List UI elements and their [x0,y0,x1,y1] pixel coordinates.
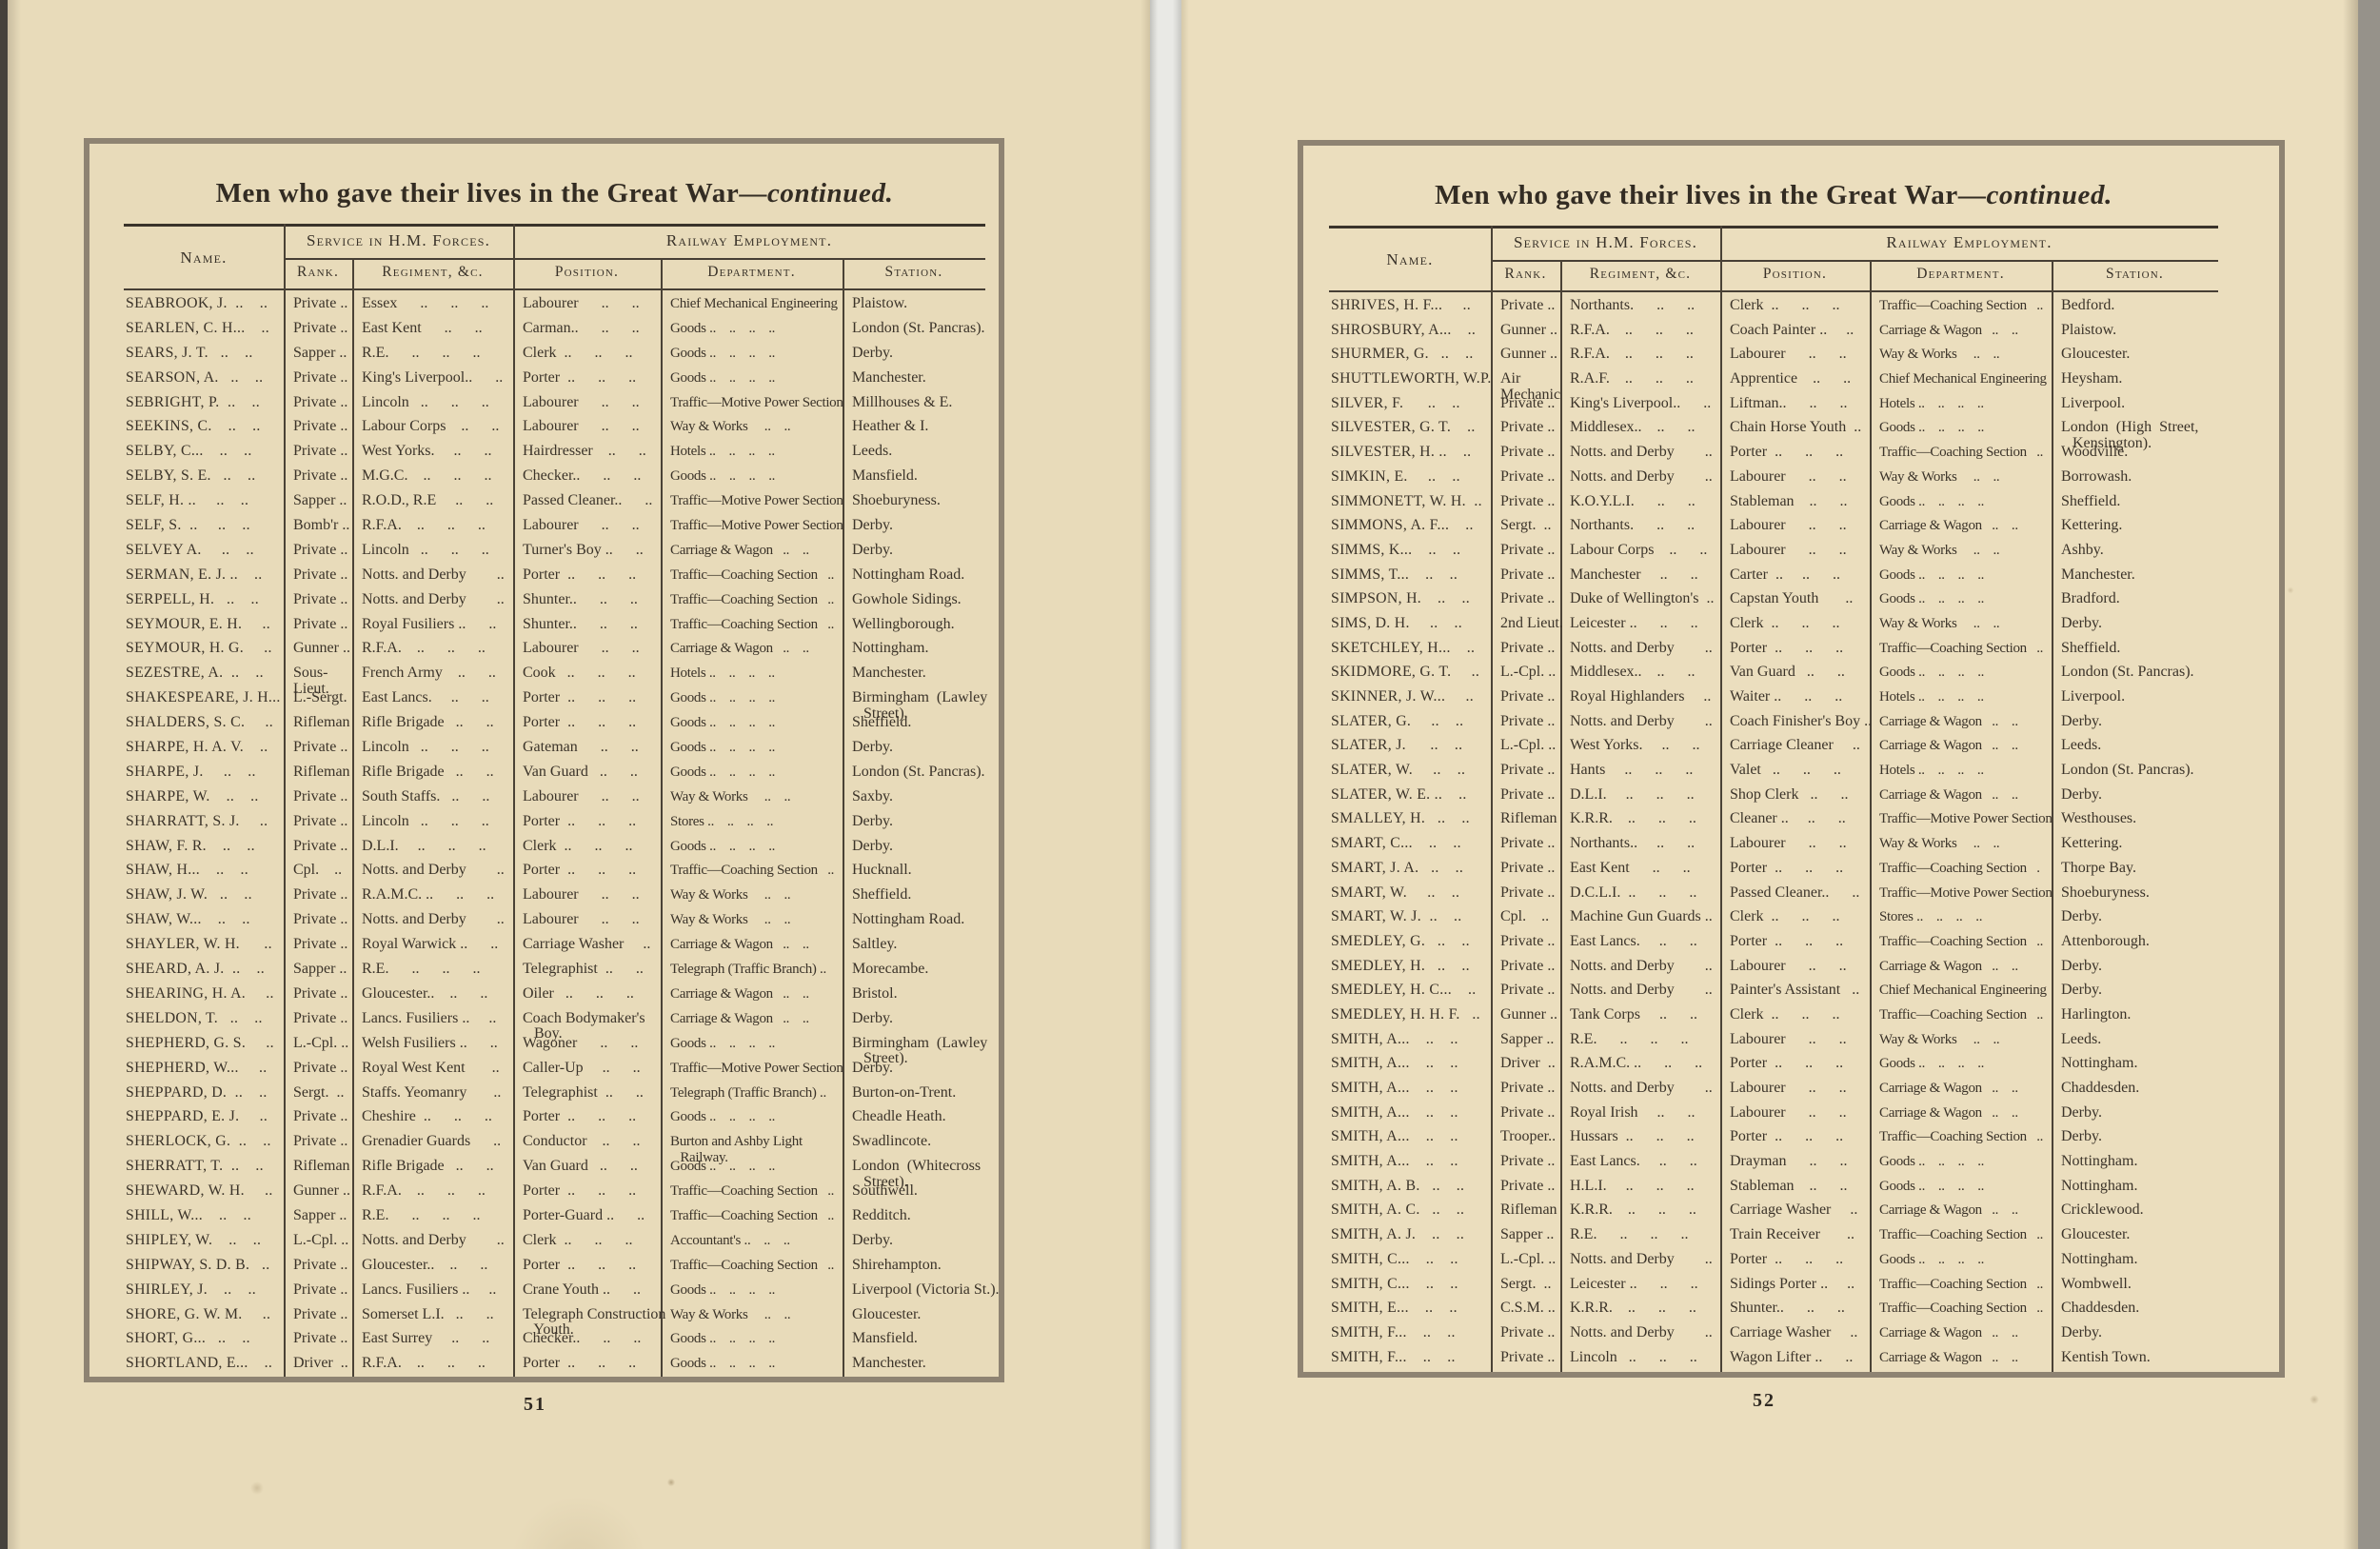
cell-name: SHUTTLEWORTH, W.P. [1331,371,1492,387]
cell-rank: Private .. [1500,689,1555,705]
cell-rank: Trooper.. [1500,1129,1556,1145]
cell-position: Drayman .. .. [1730,1154,1848,1170]
table-row: SEARS, J. T. .. ..Sapper ..R.E. .. .. ..… [124,342,985,367]
cell-department: Carriage & Wagon .. .. [1879,1350,2018,1366]
cell-position: Porter .. .. .. [1730,445,1843,461]
cell-position: Sidings Porter .. .. [1730,1277,1854,1293]
cell-position: Chain Horse Youth .. [1730,420,1861,436]
cell-position: Caller-Up .. .. [523,1061,641,1077]
cell-rank: Private .. [1500,494,1555,510]
cell-rank: Private .. [293,1061,347,1077]
cell-department: Carriage & Wagon .. .. [670,641,809,657]
cell-rank: Private .. [1500,298,1555,314]
cell-rank: Private .. [293,567,347,584]
table-row: SHAW, F. R. .. ..Private ..D.L.I. .. .. … [124,835,985,860]
cell-name: SHARPE, W. .. .. [126,789,259,805]
table-row: SELBY, S. E. .. ..Private ..M.G.C. .. ..… [124,465,985,489]
cell-position: Wagoner .. .. [523,1036,638,1052]
cell-regiment: Duke of Wellington's .. [1570,591,1715,607]
cell-department: Way & Works .. .. [670,887,790,904]
column-header-name: Name. [124,248,284,268]
cell-position: Telegraphist .. .. [523,1085,644,1102]
cell-position: Porter .. .. .. [523,1109,636,1125]
column-header-position: Position. [1720,266,1870,283]
cell-department: Carriage & Wagon .. .. [1879,1202,2018,1219]
cell-station: Saxby. [852,789,893,805]
cell-station: Woodville. [2061,445,2128,461]
page-title: Men who gave their lives in the Great Wa… [124,178,985,209]
cell-rank: Private .. [293,1307,347,1323]
cell-name: SMEDLEY, H. C... .. [1331,983,1476,999]
cell-department: Way & Works .. .. [670,419,790,435]
cell-name: SMEDLEY, H. H. F. .. [1331,1007,1480,1023]
table-row: SMEDLEY, G. .. ..Private ..East Lancs. .… [1329,930,2218,955]
cell-position: Labourer .. .. [523,395,640,411]
table-body: SHRIVES, H. F... ..Private ..Northants. … [1329,294,2218,1370]
cell-station: Mansfield. [852,468,918,485]
cell-station: Derby. [852,1061,893,1077]
cell-name: SHARPE, H. A. V. .. [126,740,268,756]
cell-department: Goods .. .. .. .. [670,1036,775,1052]
page-title-main: Men who gave their lives in the Great Wa… [216,178,767,209]
cell-name: SHEARING, H. A. .. [126,986,274,1003]
cell-position: Carriage Washer .. [1730,1202,1857,1219]
cell-position: Telegraphist .. .. [523,962,644,978]
cell-rank: Private .. [293,937,347,953]
cell-rank: Private .. [1500,543,1555,559]
cell-department: Carriage & Wagon .. .. [670,543,809,559]
cell-regiment: Lancs. Fusiliers .. .. [362,1282,496,1299]
cell-department: Goods .. .. .. .. [670,1356,775,1372]
table-rule [124,288,985,290]
cell-regiment: Cheshire .. .. .. [362,1109,492,1125]
column-group-service: Service in H.M. Forces. [284,231,513,250]
cell-station: Cricklewood. [2061,1202,2144,1219]
page-title-continued: continued. [1986,180,2112,210]
cell-position: Labourer .. .. [523,296,640,312]
cell-regiment: Leicester .. .. .. [1570,616,1698,632]
table-row: SHIRLEY, J. .. ..Private ..Lancs. Fusili… [124,1279,985,1303]
column-header-department: Department. [661,264,843,281]
cell-name: SMITH, A... .. .. [1331,1154,1458,1170]
cell-position: Carriage Washer .. [523,937,650,953]
cell-name: SEYMOUR, E. H. .. [126,617,270,633]
cell-station: Sheffield. [852,715,911,731]
cell-name: SELBY, S. E. .. .. [126,468,256,485]
cell-regiment: Notts. and Derby .. [1570,641,1713,657]
cell-station: Swadlincote. [852,1134,931,1150]
cell-name: SMITH, A. B. .. .. [1331,1179,1464,1195]
table-row: SEYMOUR, H. G. ..Gunner ..R.F.A. .. .. .… [124,637,985,662]
table-row: SKIDMORE, G. T. ..L.-Cpl. ..Middlesex.. … [1329,661,2218,685]
cell-name: SEEKINS, C. .. .. [126,419,261,435]
cell-rank: Private .. [293,1011,347,1027]
cell-rank: Private .. [293,1109,347,1125]
cell-station: Derby. [852,1233,893,1249]
table-row: SERMAN, E. J. .. ..Private ..Notts. and … [124,564,985,588]
cell-rank: Cpl. .. [293,863,342,879]
table-row: SMEDLEY, H. .. ..Private ..Notts. and De… [1329,955,2218,980]
cell-regiment: Gloucester.. .. .. [362,986,487,1003]
cell-regiment: H.L.I. .. .. .. [1570,1179,1695,1195]
cell-regiment: Manchester .. .. [1570,567,1698,584]
cell-regiment: West Yorks. .. .. [362,444,492,460]
cell-regiment: Notts. and Derby .. [362,863,505,879]
cell-department: Traffic—Coaching Section .. [670,863,834,879]
cell-station: Derby. [2061,959,2102,975]
cell-department: Traffic—Coaching Section .. [670,1183,834,1200]
cell-station: Millhouses & E. [852,395,952,411]
cell-position: Shunter.. .. .. [523,592,638,608]
table-row: SMITH, A. B. .. ..Private ..H.L.I. .. ..… [1329,1175,2218,1200]
cell-regiment: Notts. and Derby .. [1570,714,1713,730]
cell-rank: Rifleman [293,1159,350,1175]
cell-position: Porter .. .. .. [523,370,636,387]
table-row: SIMMONS, A. F... ..Sergt. ..Northants. .… [1329,514,2218,539]
cell-position: Conductor .. .. [523,1134,641,1150]
table-rule [284,258,985,260]
cell-rank: Sapper .. [293,493,347,509]
cell-regiment: Labour Corps .. .. [362,419,499,435]
cell-rank: Private .. [293,1258,347,1274]
cell-name: SLATER, W. E. .. .. [1331,787,1467,804]
cell-station: Manchester. [852,370,926,387]
cell-station: Nottingham. [852,641,928,657]
cell-rank: Private .. [1500,861,1555,877]
cell-name: SMITH, E... .. .. [1331,1301,1458,1317]
cell-name: SHIRLEY, J. .. .. [126,1282,256,1299]
cell-rank: L.-Cpl. .. [1500,665,1556,681]
table-row: SHALDERS, S. C. ..RiflemanRifle Brigade … [124,711,985,736]
cell-department: Goods .. .. .. .. [1879,1179,1984,1195]
cell-regiment: R.F.A. .. .. .. [362,1183,486,1200]
table-row: SHORT, G... .. ..Private ..East Surrey .… [124,1327,985,1352]
cell-department: Goods .. .. .. .. [670,321,775,337]
cell-department: Telegraph (Traffic Branch) .. [670,1085,826,1102]
cell-position: Labourer .. .. [1730,1081,1847,1097]
cell-rank: C.S.M. .. [1500,1301,1556,1317]
cell-position: Porter .. .. .. [1730,1252,1843,1268]
cell-position: Labourer .. .. [1730,836,1847,852]
cell-station: Derby. [2061,714,2102,730]
cell-rank: Gunner .. [293,641,350,657]
column-group-railway: Railway Employment. [513,231,985,250]
table-row: SHELDON, T. .. ..Private ..Lancs. Fusili… [124,1007,985,1032]
cell-department: Traffic—Coaching Section .. [1879,1129,2043,1145]
cell-position: Labourer .. .. [1730,1105,1847,1122]
cell-regiment: Royal West Kent .. [362,1061,500,1077]
cell-regiment: French Army .. .. [362,665,496,682]
cell-name: SIMMONS, A. F... .. [1331,518,1474,534]
cell-station: Heather & I. [852,419,928,435]
cell-position: Labourer .. .. [523,887,640,904]
column-header-rank: Rank. [284,264,352,281]
cell-department: Traffic—Coaching Section .. [1879,641,2043,657]
cell-station: Bradford. [2061,591,2120,607]
cell-regiment: Machine Gun Guards .. [1570,909,1713,925]
cell-department: Hotels .. .. .. .. [670,665,775,682]
table-row: SHEPPARD, D. .. ..Sergt. ..Staffs. Yeoma… [124,1082,985,1106]
cell-rank: Private .. [1500,445,1555,461]
cell-name: SHAW, W... .. .. [126,912,250,928]
cell-station: Derby. [852,814,893,830]
cell-name: SHRIVES, H. F... .. [1331,298,1471,314]
cell-station: Derby. [852,346,893,362]
cell-position: Crane Youth .. .. [523,1282,641,1299]
table-row: SEBRIGHT, P. .. ..Private ..Lincoln .. .… [124,391,985,416]
cell-department: Goods .. .. .. .. [670,740,775,756]
table-row: SELVEY A. .. ..Private ..Lincoln .. .. .… [124,539,985,564]
table-row: SHERRATT, T. .. ..RiflemanRifle Brigade … [124,1155,985,1180]
cell-station: Kettering. [2061,836,2122,852]
cell-position: Carter .. .. .. [1730,567,1840,584]
table-row: SHEPHERD, G. S. ..L.-Cpl. ..Welsh Fusili… [124,1032,985,1057]
cell-regiment: Lincoln .. .. .. [1570,1350,1697,1366]
cell-rank: Private .. [293,912,347,928]
cell-department: Telegraph (Traffic Branch) .. [670,962,826,978]
cell-station: Redditch. [852,1208,911,1224]
cell-rank: Private .. [1500,396,1555,412]
cell-name: SKETCHLEY, H... .. [1331,641,1475,657]
cell-name: SHROSBURY, A... .. [1331,323,1476,339]
cell-regiment: R.F.A. .. .. .. [362,518,486,534]
cell-station: Manchester. [852,665,926,682]
cell-station: Liverpool (Victoria St.). [852,1282,1000,1299]
cell-position: Shunter.. .. .. [1730,1301,1845,1317]
table-row: SHIPWAY, S. D. B. ..Private ..Gloucester… [124,1254,985,1279]
cell-name: SMITH, A... .. .. [1331,1081,1458,1097]
cell-rank: Private .. [1500,787,1555,804]
cell-rank: Private .. [1500,1105,1555,1122]
cell-regiment: Grenadier Guards .. [362,1134,501,1150]
cell-regiment: Middlesex.. .. .. [1570,420,1696,436]
cell-rank: Sergt. .. [1500,518,1551,534]
cell-position: Porter .. .. .. [523,863,636,879]
table-row: SHARPE, H. A. V. ..Private ..Lincoln .. … [124,736,985,761]
cell-station: Saltley. [852,937,897,953]
table-row: SHAW, J. W. .. ..Private ..R.A.M.C. .. .… [124,884,985,908]
cell-name: SMITH, A... .. .. [1331,1056,1458,1072]
frame-border: Men who gave their lives in the Great Wa… [1298,140,2285,1378]
cell-station: Shirehampton. [852,1258,942,1274]
table-row: SIMMS, T... .. ..Private ..Manchester ..… [1329,564,2218,588]
cell-department: Goods .. .. .. .. [670,1331,775,1347]
cell-regiment: Hants .. .. .. [1570,763,1693,779]
cell-department: Way & Works .. .. [1879,543,1999,559]
table-row: SMART, J. A. .. ..Private ..East Kent ..… [1329,857,2218,882]
table-row: SERPELL, H. .. ..Private ..Notts. and De… [124,588,985,613]
cell-department: Traffic—Coaching Section .. [670,567,834,584]
cell-position: Turner's Boy .. .. [523,543,644,559]
cell-name: SMITH, A... .. .. [1331,1105,1458,1122]
cell-position: Valet .. .. .. [1730,763,1841,779]
cell-regiment: East Lancs. .. .. [1570,1154,1697,1170]
cell-regiment: Royal Warwick .. .. [362,937,498,953]
cell-department: Traffic—Coaching Section .. [1879,1227,2043,1243]
cell-station: Leeds. [852,444,892,460]
cell-position: Porter .. .. .. [1730,934,1843,950]
cell-department: Carriage & Wagon .. .. [1879,1325,2018,1341]
cell-department: Goods .. .. .. .. [670,690,775,706]
cell-name: SEARSON, A. .. .. [126,370,263,387]
cell-department: Hotels .. .. .. .. [670,444,775,460]
cell-position: Hairdresser .. .. [523,444,646,460]
cell-department: Traffic—Motive Power Section [1879,885,2053,902]
cell-name: SMITH, A... .. .. [1331,1032,1458,1048]
cell-rank: Private .. [293,321,347,337]
cell-rank: Sapper .. [293,962,347,978]
cell-department: Goods .. .. .. .. [670,346,775,362]
cell-department: Traffic—Coaching Section .. [1879,298,2043,314]
cell-regiment: D.L.I. .. .. .. [1570,787,1695,804]
cell-rank: Gunner .. [1500,347,1557,363]
cell-name: SMART, W. .. .. [1331,885,1459,902]
cell-position: Carriage Cleaner .. [1730,738,1860,754]
cell-regiment: Northants. .. .. [1570,518,1695,534]
cell-rank: Driver .. [1500,1056,1556,1072]
table-row: SILVESTER, G. T. ..Private ..Middlesex..… [1329,416,2218,441]
table-row: SHEARD, A. J. .. ..Sapper ..R.E. .. .. .… [124,958,985,983]
cell-name: SHURMER, G. .. .. [1331,347,1474,363]
cell-station: Morecambe. [852,962,928,978]
cell-name: SHAW, F. R. .. .. [126,839,255,855]
cell-regiment: Notts. and Derby .. [1570,1252,1713,1268]
cell-department: Way & Works .. .. [1879,836,1999,852]
cell-rank: Rifleman [1500,811,1557,827]
table-rule [124,224,985,227]
table-row: SELBY, C... .. ..Private ..West Yorks. .… [124,440,985,465]
cell-name: SERPELL, H. .. .. [126,592,259,608]
cell-rank: Private .. [1500,641,1555,657]
cell-regiment: R.A.F. .. .. .. [1570,371,1694,387]
cell-department: Stores .. .. .. .. [1879,909,1982,925]
cell-rank: Private .. [1500,1179,1555,1195]
cell-name: SMITH, F... .. .. [1331,1350,1456,1366]
cell-department: Way & Works .. .. [1879,347,1999,363]
table-row: SMITH, C... .. ..L.-Cpl. ..Notts. and De… [1329,1248,2218,1273]
cell-regiment: East Kent .. .. [1570,861,1691,877]
cell-rank: L.-Cpl. .. [293,1233,348,1249]
cell-regiment: Rifle Brigade .. .. [362,765,494,781]
table-row: SMITH, F... .. ..Private ..Lincoln .. ..… [1329,1346,2218,1371]
cell-regiment: Hussars .. .. .. [1570,1129,1695,1145]
cell-name: SIMS, D. H. .. .. [1331,616,1462,632]
cell-name: SIMMONETT, W. H. .. [1331,494,1482,510]
cell-rank: Private .. [293,543,347,559]
table-row: SEARLEN, C. H... ..Private ..East Kent .… [124,317,985,342]
cell-department: Chief Mechanical Engineering [1879,371,2047,387]
cell-position: Apprentice .. .. [1730,371,1851,387]
cell-station: Westhouses. [2061,811,2136,827]
cell-rank: Private .. [1500,763,1555,779]
table-row: SHORE, G. W. M. ..Private ..Somerset L.I… [124,1303,985,1328]
cell-station: Burton-on-Trent. [852,1085,956,1102]
cell-regiment: Notts. and Derby .. [1570,469,1713,486]
table-row: SHROSBURY, A... ..Gunner ..R.F.A. .. .. … [1329,319,2218,344]
cell-regiment: Rifle Brigade .. .. [362,715,494,731]
table-row: SHEPPARD, E. J. ..Private ..Cheshire .. … [124,1105,985,1130]
cell-position: Labourer .. .. [1730,959,1847,975]
cell-position: Gateman .. .. [523,740,639,756]
cell-rank: Private .. [1500,1154,1555,1170]
cell-name: SELVEY A. .. .. [126,543,254,559]
cell-name: SHAKESPEARE, J. H... [126,690,281,706]
table-row: SMITH, A... .. ..Private ..Notts. and De… [1329,1077,2218,1102]
cell-rank: Private .. [1500,885,1555,902]
cell-station: Derby. [2061,616,2102,632]
table-row: SHERLOCK, G. .. ..Private ..Grenadier Gu… [124,1130,985,1155]
cell-regiment: R.F.A. .. .. .. [1570,323,1694,339]
cell-regiment: King's Liverpool.. .. [1570,396,1711,412]
cell-regiment: R.F.A. .. .. .. [1570,347,1694,363]
cell-station: Borrowash. [2061,469,2132,486]
cell-regiment: Notts. and Derby .. [362,567,505,584]
table-row: SMITH, E... .. ..C.S.M. ..K.R.R. .. .. .… [1329,1297,2218,1321]
cell-name: SHORT, G... .. .. [126,1331,250,1347]
cell-station: Chaddesden. [2061,1301,2139,1317]
cell-position: Porter .. .. .. [523,1183,636,1200]
cell-name: SMITH, A. C. .. .. [1331,1202,1464,1219]
cell-regiment: R.E. .. .. .. [362,346,480,362]
cell-position: Porter .. .. .. [523,690,636,706]
cell-station: Bedford. [2061,298,2114,314]
cell-station: Gloucester. [2061,347,2130,363]
cell-rank: Private .. [1500,959,1555,975]
cell-rank: Private .. [1500,567,1555,584]
cell-name: SEABROOK, J. .. .. [126,296,268,312]
cell-position: Porter .. .. .. [523,1356,636,1372]
cell-department: Carriage & Wagon .. .. [670,937,809,953]
cell-rank: 2nd Lieut. [1500,616,1563,632]
casualty-table: Name. Service in H.M. Forces. Railway Em… [124,224,985,1377]
cell-rank: Private .. [293,296,347,312]
cell-rank: Private .. [1500,420,1555,436]
cell-position: Labourer .. .. [1730,347,1847,363]
frame-border: Men who gave their lives in the Great Wa… [84,138,1004,1382]
table-row: SMITH, A... .. ..Private ..Royal Irish .… [1329,1102,2218,1126]
cell-rank: Private .. [293,617,347,633]
cell-department: Carriage & Wagon .. .. [1879,1081,2018,1097]
cell-name: SILVER, F. .. .. [1331,396,1460,412]
cell-station: Nottingham. [2061,1179,2137,1195]
cell-rank: Private .. [293,986,347,1003]
page-title-continued: continued. [767,178,894,209]
cell-station: Gowhole Sidings. [852,592,962,608]
cell-name: SMITH, C... .. .. [1331,1252,1458,1268]
table-row: SELF, S. .. .. ..Bomb'r ..R.F.A. .. .. .… [124,514,985,539]
cell-department: Chief Mechanical Engineering [1879,983,2047,999]
cell-station: London (St. Pancras). [2061,665,2194,681]
cell-name: SEARS, J. T. .. .. [126,346,253,362]
page-title-main: Men who gave their lives in the Great Wa… [1435,180,1986,210]
page-title: Men who gave their lives in the Great Wa… [1329,180,2218,211]
cell-department: Traffic—Coaching Section .. [1879,445,2043,461]
cell-station: Nottingham Road. [852,567,964,584]
cell-name: SHAYLER, W. H. .. [126,937,272,953]
cell-department: Traffic—Coaching Section .. [1879,934,2043,950]
cell-rank: L.-Cpl. .. [1500,1252,1556,1268]
cell-regiment: R.A.M.C. .. .. .. [362,887,494,904]
cell-department: Traffic—Motive Power Section [670,395,843,411]
table-row: SLATER, W. .. ..Private ..Hants .. .. ..… [1329,759,2218,784]
table-row: SEEKINS, C. .. ..Private ..Labour Corps … [124,415,985,440]
table-row: SIMMS, K... .. ..Private ..Labour Corps … [1329,539,2218,564]
table-row: SHARRATT, S. J. ..Private ..Lincoln .. .… [124,810,985,835]
cell-regiment: R.F.A. .. .. .. [362,641,486,657]
cell-rank: Sergt. .. [1500,1277,1551,1293]
cell-name: SIMPSON, H. .. .. [1331,591,1470,607]
cell-rank: Rifleman [1500,1202,1557,1219]
